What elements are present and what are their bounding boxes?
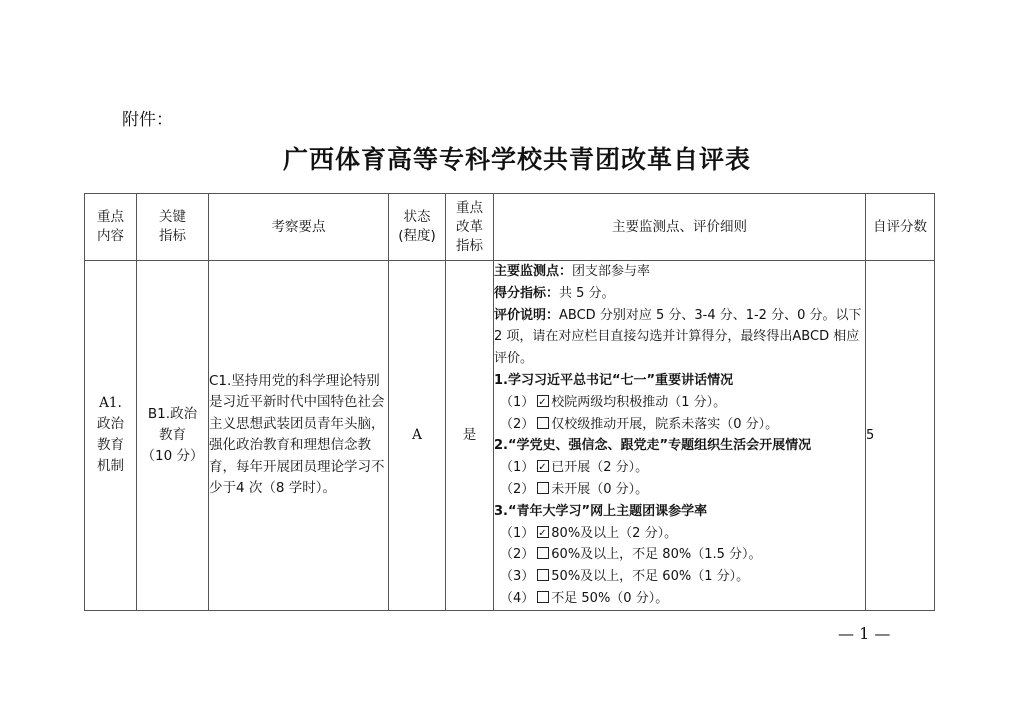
cell-key-indicator: B1.政治 教育 （10 分） (137, 261, 209, 611)
option-item: （2）仅校级推动开展，院系未落实（0 分）。 (494, 414, 865, 436)
section-heading: 3.“青年大学习”网上主题团课参学率 (494, 501, 865, 523)
option-item: （2）未开展（0 分）。 (494, 479, 865, 501)
score-indicator-value: 共 5 分。 (559, 286, 615, 301)
checkbox-checked-icon[interactable] (537, 395, 549, 407)
checkbox-unchecked-icon[interactable] (537, 591, 549, 603)
monitor-value: 团支部参与率 (572, 264, 650, 279)
cell-status: A (389, 261, 446, 611)
checkbox-unchecked-icon[interactable] (537, 482, 549, 494)
header-self-score: 自评分数 (866, 194, 935, 261)
checkbox-unchecked-icon[interactable] (537, 569, 549, 581)
checkbox-checked-icon[interactable] (537, 460, 549, 472)
document-title: 广西体育高等专科学校共青团改革自评表 (0, 140, 1024, 176)
section-heading: 2.“学党史、强信念、跟党走”专题组织生活会开展情况 (494, 435, 865, 457)
cell-monitoring-rules: 主要监测点：团支部参与率 得分指标：共 5 分。 评价说明：ABCD 分别对应 … (494, 261, 866, 611)
monitor-label: 主要监测点： (494, 264, 572, 279)
cell-focus-content: A1. 政治 教育 机制 (85, 261, 137, 611)
cell-key-reform: 是 (446, 261, 494, 611)
checkbox-unchecked-icon[interactable] (537, 547, 549, 559)
option-item: （1）校院两级均积极推动（1 分）。 (494, 392, 865, 414)
header-key-indicator: 关键 指标 (137, 194, 209, 261)
table-header-row: 重点 内容 关键 指标 考察要点 状态 (程度) 重点 改革 指标 主要监测点、… (85, 194, 935, 261)
cell-self-score: 5 (866, 261, 935, 611)
option-item: （4）不足 50%（0 分）。 (494, 588, 865, 610)
option-item: （2）60%及以上，不足 80%（1.5 分）。 (494, 544, 865, 566)
header-inspection-points: 考察要点 (209, 194, 389, 261)
section-heading: 1.学习习近平总书记“七一”重要讲话情况 (494, 370, 865, 392)
cell-inspection-point: C1.坚持用党的科学理论特别是习近平新时代中国特色社会主义思想武装团员青年头脑，… (209, 261, 389, 611)
option-item: （3）50%及以上，不足 60%（1 分）。 (494, 566, 865, 588)
self-evaluation-table: 重点 内容 关键 指标 考察要点 状态 (程度) 重点 改革 指标 主要监测点、… (84, 193, 935, 611)
table-row: A1. 政治 教育 机制 B1.政治 教育 （10 分） C1.坚持用党的科学理… (85, 261, 935, 611)
option-item: （1）80%及以上（2 分）。 (494, 523, 865, 545)
page-number: — 1 — (838, 624, 890, 643)
header-status: 状态 (程度) (389, 194, 446, 261)
header-focus-content: 重点 内容 (85, 194, 137, 261)
option-item: （1）已开展（2 分）。 (494, 457, 865, 479)
eval-note-label: 评价说明： (494, 308, 559, 323)
checkbox-unchecked-icon[interactable] (537, 417, 549, 429)
header-key-reform: 重点 改革 指标 (446, 194, 494, 261)
checkbox-checked-icon[interactable] (537, 526, 549, 538)
score-indicator-label: 得分指标： (494, 286, 559, 301)
header-monitoring-rules: 主要监测点、评价细则 (494, 194, 866, 261)
attachment-label: 附件： (122, 105, 173, 130)
